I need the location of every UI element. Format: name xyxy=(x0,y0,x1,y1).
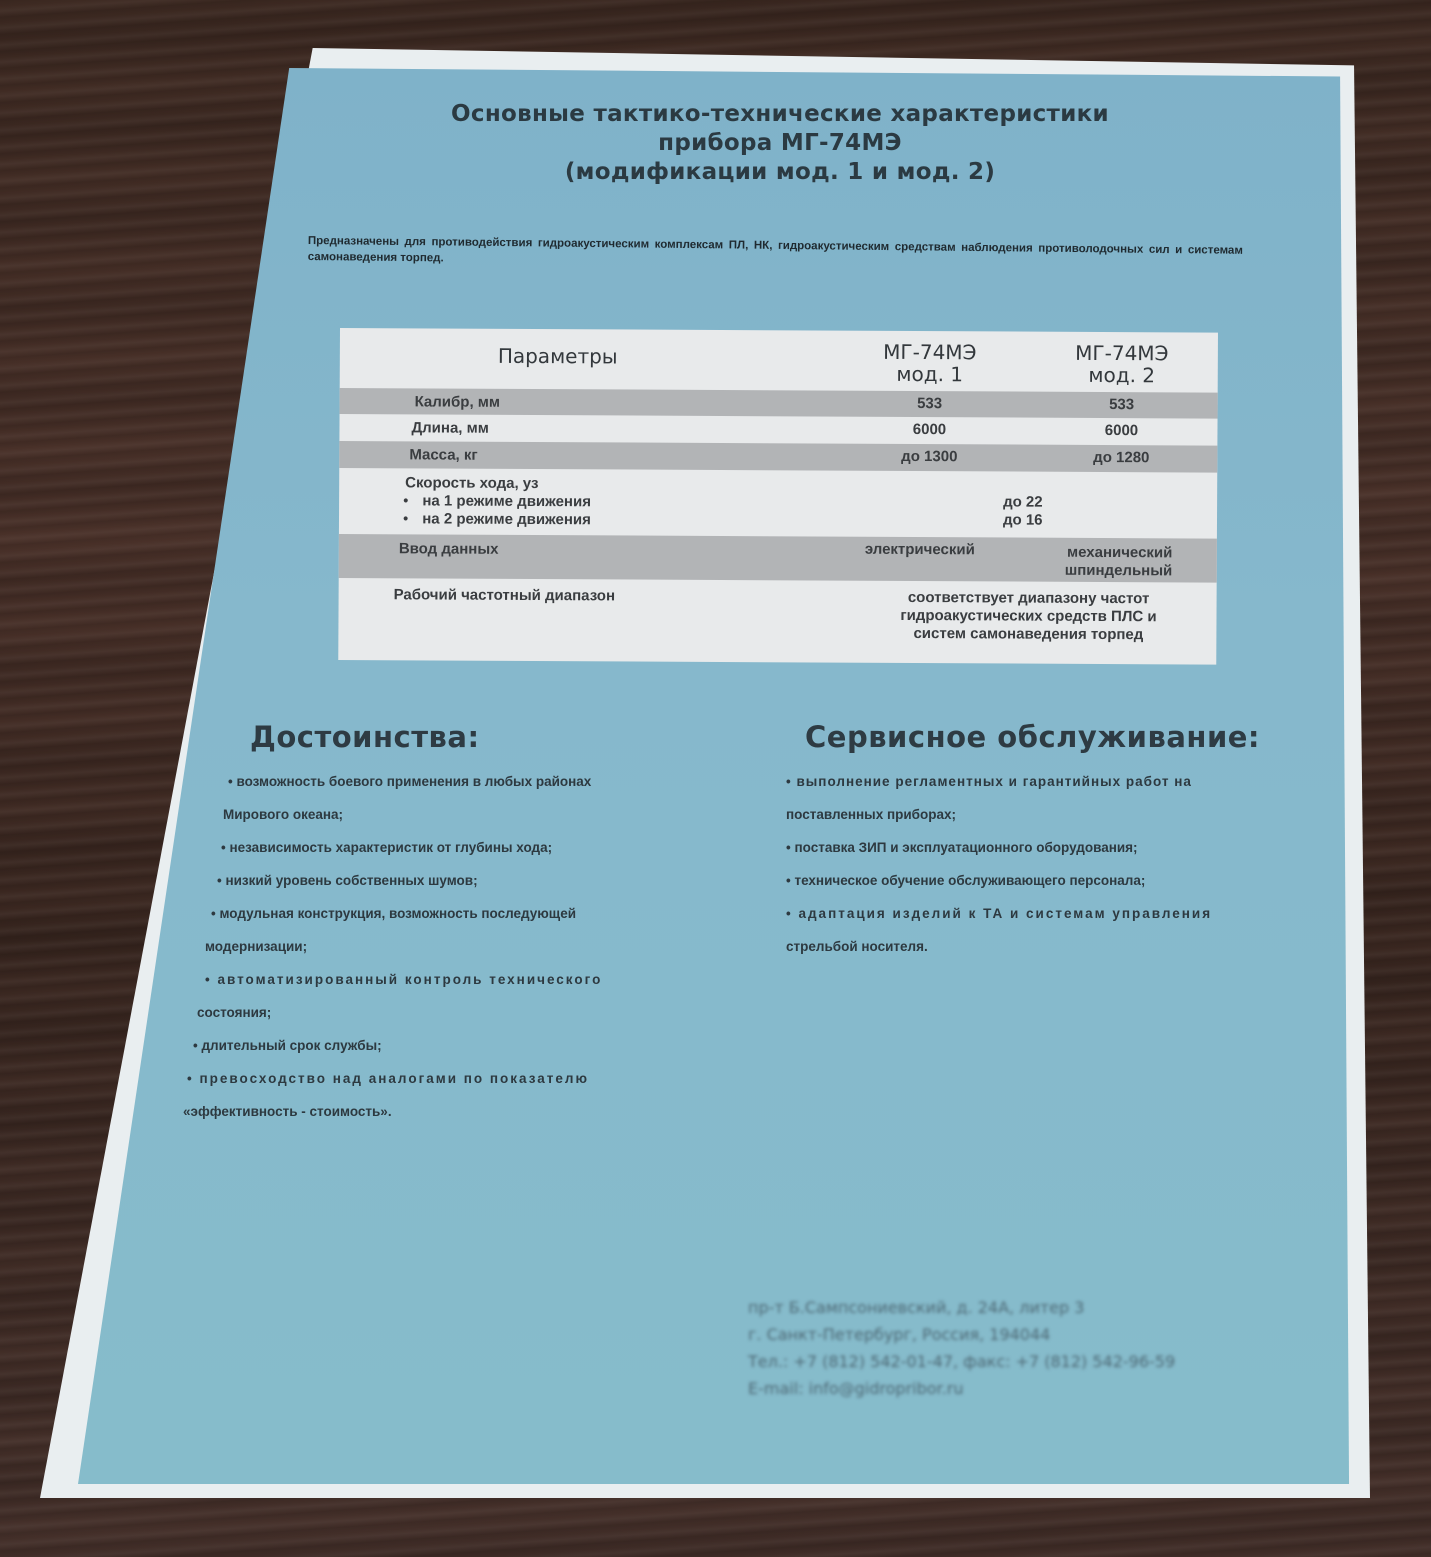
row-param: Длина, мм xyxy=(411,419,488,437)
list-item: • возможность боевого применения в любых… xyxy=(205,765,740,798)
row-param: Рабочий частотный диапазон xyxy=(394,586,616,605)
header-mod1: МГ-74МЭ мод. 1 xyxy=(840,341,1020,386)
data-input-mod2-line: шпиндельный xyxy=(1065,562,1173,581)
list-item: • длительный срок службы; xyxy=(193,1029,740,1062)
list-item: • техническое обучение обслуживающего пе… xyxy=(786,864,1306,897)
table-row: Масса, кг до 1300 до 1280 xyxy=(339,441,1217,473)
header-mod1-model: МГ-74МЭ xyxy=(840,341,1020,364)
contact-block: пр-т Б.Сампсониевский, д. 24А, литер 3 г… xyxy=(748,1294,1175,1402)
speed-mode1: •на 1 режиме движения xyxy=(403,492,591,511)
list-item: • независимость характеристик от глубины… xyxy=(205,831,740,864)
speed-mode1-value: до 22 xyxy=(1003,493,1043,511)
header-mod2-model: МГ-74МЭ xyxy=(1032,342,1212,365)
list-item-continuation: Мирового океана; xyxy=(205,798,740,831)
row-mod2-value: до 1280 xyxy=(1031,449,1211,468)
table-row-frequency: Рабочий частотный диапазон соответствует… xyxy=(338,578,1216,665)
header-mod2: МГ-74МЭ мод. 2 xyxy=(1032,342,1212,387)
service-heading: Сервисное обслуживание: xyxy=(805,720,1260,754)
row-param: Скорость хода, уз xyxy=(405,474,538,493)
list-item: • превосходство над аналогами по показат… xyxy=(187,1062,740,1095)
row-mod2-value: 533 xyxy=(1032,396,1212,415)
list-item: • автоматизированный контроль техническо… xyxy=(205,963,740,996)
list-item-continuation: «эффективность - стоимость». xyxy=(183,1095,740,1128)
advantages-list: • возможность боевого применения в любых… xyxy=(205,765,740,1128)
frequency-value: соответствует диапазону частот гидроакус… xyxy=(858,589,1198,645)
row-param: Калибр, мм xyxy=(415,393,500,411)
contact-address: пр-т Б.Сампсониевский, д. 24А, литер 3 xyxy=(748,1294,1175,1321)
frequency-value-line: соответствует диапазону частот xyxy=(859,589,1199,609)
row-param: Масса, кг xyxy=(409,446,477,464)
intro-paragraph: Предназначены для противодействия гидроа… xyxy=(308,233,1243,275)
list-item: • выполнение регламентных и гарантийных … xyxy=(786,765,1306,798)
row-mod1-value: 6000 xyxy=(839,421,1019,440)
speed-mode2-value: до 16 xyxy=(1003,511,1043,529)
header-parameters: Параметры xyxy=(498,345,618,368)
contact-phone: Тел.: +7 (812) 542-01-47, факс: +7 (812)… xyxy=(748,1348,1175,1375)
row-param: Ввод данных xyxy=(399,540,499,559)
frequency-value-line: гидроакустических средств ПЛС и xyxy=(858,607,1198,627)
list-item-continuation: состояния; xyxy=(197,996,740,1029)
table-header-row: Параметры МГ-74МЭ мод. 1 МГ-74МЭ мод. 2 xyxy=(340,328,1218,391)
data-input-mod2: механический шпиндельный xyxy=(1065,544,1173,581)
row-mod1-value: до 1300 xyxy=(839,448,1019,467)
table-row: Длина, мм 6000 6000 xyxy=(339,414,1217,445)
contact-city: г. Санкт-Петербург, Россия, 194044 xyxy=(748,1321,1175,1348)
data-input-mod1: электрический xyxy=(865,541,975,560)
list-item: • модульная конструкция, возможность пос… xyxy=(205,897,740,930)
title-line: Основные тактико-технические характерист… xyxy=(380,100,1180,129)
speed-mode1-label: на 1 режиме движения xyxy=(422,492,591,510)
list-item-continuation: стрельбой носителя. xyxy=(786,930,1306,963)
title-line: (модификации мод. 1 и мод. 2) xyxy=(380,158,1180,187)
advantages-heading: Достоинства: xyxy=(250,720,480,754)
table-row-data-input: Ввод данных электрический механический ш… xyxy=(339,534,1217,583)
contact-email: E-mail: info@gidropribor.ru xyxy=(748,1375,1175,1402)
bullet-icon: • xyxy=(403,510,408,527)
list-item-continuation: модернизации; xyxy=(205,930,740,963)
header-mod2-variant: мод. 2 xyxy=(1032,364,1212,387)
document-title: Основные тактико-технические характерист… xyxy=(380,100,1180,187)
list-item: • адаптация изделий к ТА и системам упра… xyxy=(786,897,1306,930)
header-mod1-variant: мод. 1 xyxy=(840,363,1020,386)
service-list: • выполнение регламентных и гарантийных … xyxy=(786,765,1306,963)
title-line: прибора МГ-74МЭ xyxy=(380,129,1180,158)
spec-table: Параметры МГ-74МЭ мод. 1 МГ-74МЭ мод. 2 … xyxy=(338,328,1218,665)
list-item-continuation: поставленных приборах; xyxy=(786,798,1306,831)
bullet-icon: • xyxy=(403,492,408,509)
table-row-speed: Скорость хода, уз •на 1 режиме движения … xyxy=(339,469,1217,538)
row-mod1-value: 533 xyxy=(840,395,1020,414)
row-mod2-value: 6000 xyxy=(1031,422,1211,441)
speed-mode2: •на 2 режиме движения xyxy=(403,510,591,529)
speed-mode2-label: на 2 режиме движения xyxy=(422,510,591,528)
list-item: • поставка ЗИП и эксплуатационного обору… xyxy=(786,831,1306,864)
brochure-content: Основные тактико-технические характерист… xyxy=(0,0,1431,1557)
frequency-value-line: систем самонаведения торпед xyxy=(858,625,1198,645)
list-item: • низкий уровень собственных шумов; xyxy=(205,864,740,897)
data-input-mod2-line: механический xyxy=(1065,544,1173,563)
